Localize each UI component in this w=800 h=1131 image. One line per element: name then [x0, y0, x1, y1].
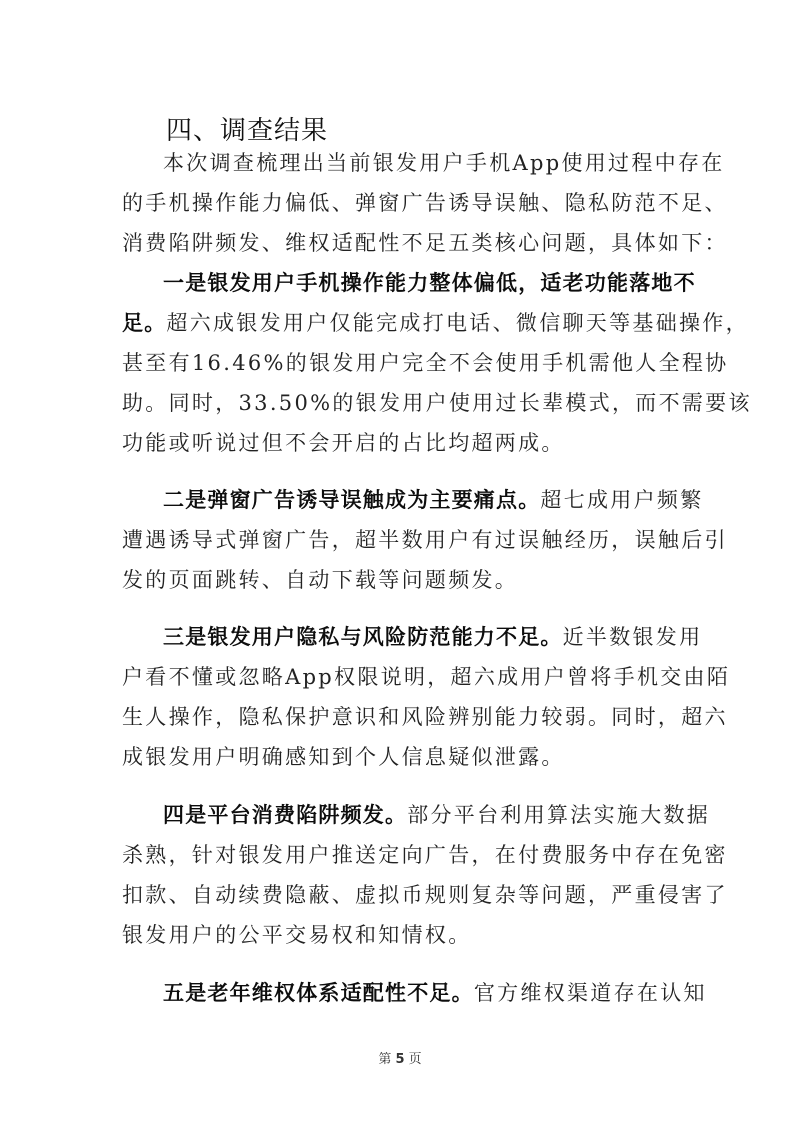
- finding-3-line: 生人操作，隐私保护意识和风险辨别能力较弱。同时，超六: [122, 702, 682, 732]
- intro-line: 消费陷阱频发、维权适配性不足五类核心问题，具体如下：: [122, 228, 682, 258]
- finding-1-line: 甚至有16.46%的银发用户完全不会使用手机需他人全程协: [122, 348, 682, 378]
- finding-2-text: 超七成用户频繁: [540, 488, 703, 512]
- finding-1-line: 足。超六成银发用户仅能完成打电话、微信聊天等基础操作，: [122, 308, 682, 338]
- finding-2-line: 发的页面跳转、自动下载等问题频发。: [122, 565, 682, 595]
- finding-5-first-line: 五是老年维权体系适配性不足。官方维权渠道存在认知: [163, 978, 682, 1008]
- section-heading: 四、调查结果: [166, 110, 328, 147]
- finding-1-line: 助。同时，33.50%的银发用户使用过长辈模式，而不需要该: [122, 388, 682, 418]
- finding-1-lead: 一是银发用户手机操作能力整体偏低，适老功能落地不: [163, 268, 682, 298]
- finding-1-line: 功能或听说过但不会开启的占比均超两成。: [122, 428, 682, 458]
- finding-4-first-line: 四是平台消费陷阱频发。部分平台利用算法实施大数据: [163, 800, 682, 830]
- finding-4-line: 扣款、自动续费隐蔽、虚拟币规则复杂等问题，严重侵害了: [122, 880, 682, 910]
- finding-2-first-line: 二是弹窗广告诱导误触成为主要痛点。超七成用户频繁: [163, 485, 682, 515]
- finding-3-lead: 三是银发用户隐私与风险防范能力不足。: [163, 625, 563, 649]
- finding-3-line: 户看不懂或忽略App权限说明，超六成用户曾将手机交由陌: [122, 662, 682, 692]
- finding-3-text: 近半数银发用: [563, 625, 703, 649]
- finding-2-line: 遭遇诱导式弹窗广告，超半数用户有过误触经历，误触后引: [122, 525, 682, 555]
- page-prefix: 第: [378, 1052, 391, 1067]
- document-page: 四、调查结果 本次调查梳理出当前银发用户手机App使用过程中存在 的手机操作能力…: [0, 0, 800, 1131]
- page-number: 5: [395, 1052, 404, 1067]
- finding-3-line: 成银发用户明确感知到个人信息疑似泄露。: [122, 742, 682, 772]
- finding-4-line: 银发用户的公平交易权和知情权。: [122, 920, 682, 950]
- intro-line: 的手机操作能力偏低、弹窗广告诱导误触、隐私防范不足、: [122, 188, 682, 218]
- finding-2-lead: 二是弹窗广告诱导误触成为主要痛点。: [163, 488, 540, 512]
- finding-1-lead-end: 足。: [122, 311, 166, 335]
- finding-5-text: 官方维权渠道存在认知: [474, 981, 707, 1005]
- finding-4-text: 部分平台利用算法实施大数据: [407, 803, 710, 827]
- intro-line: 本次调查梳理出当前银发用户手机App使用过程中存在: [163, 148, 682, 178]
- finding-5-lead: 五是老年维权体系适配性不足。: [163, 981, 474, 1005]
- finding-1-text: 超六成银发用户仅能完成打电话、微信聊天等基础操作，: [166, 311, 749, 335]
- page-footer: 第 5 页: [0, 1048, 800, 1067]
- finding-4-lead: 四是平台消费陷阱频发。: [163, 803, 407, 827]
- finding-4-line: 杀熟，针对银发用户推送定向广告，在付费服务中存在免密: [122, 840, 682, 870]
- finding-3-first-line: 三是银发用户隐私与风险防范能力不足。近半数银发用: [163, 622, 682, 652]
- page-suffix: 页: [409, 1052, 422, 1067]
